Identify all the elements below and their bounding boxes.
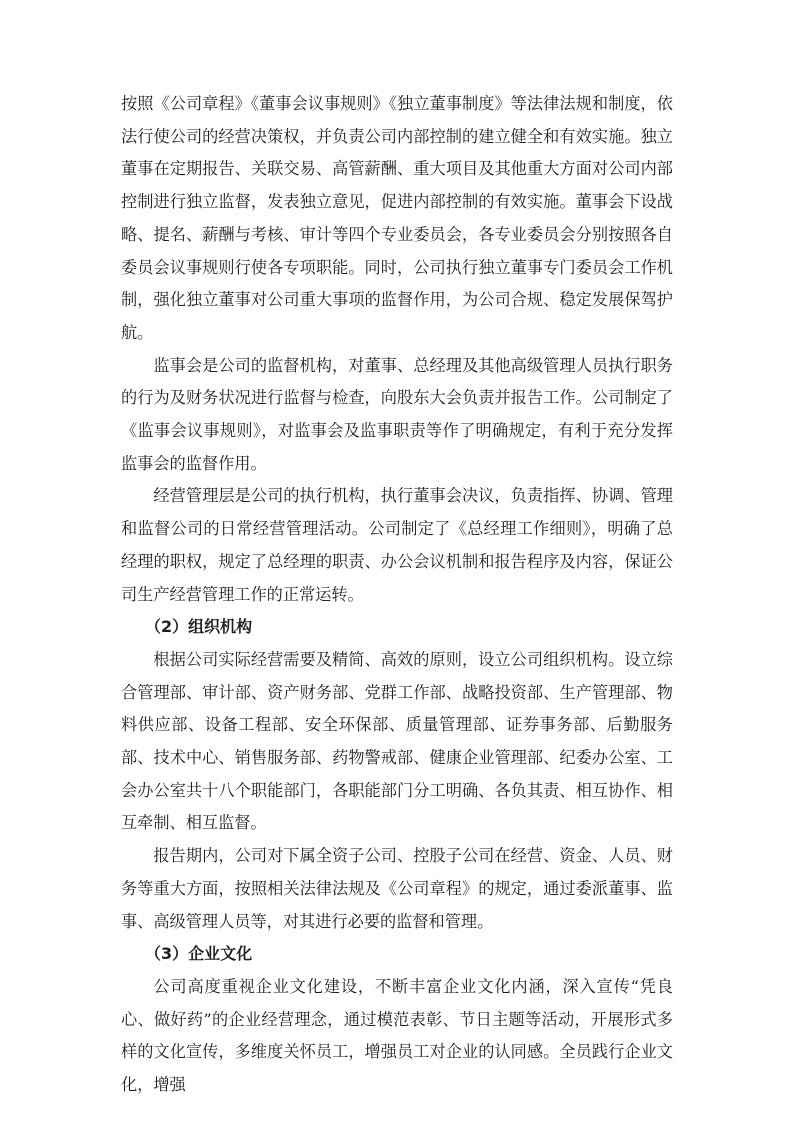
paragraph-management: 经营管理层是公司的执行机构，执行董事会决议，负责指挥、协调、管理和监督公司的日常… (121, 480, 673, 611)
paragraph-board-of-directors: 按照《公司章程》《董事会议事规则》《独立董事制度》等法律法规和制度，依法行使公司… (121, 88, 673, 350)
heading-organization-structure: （2）组织机构 (121, 611, 673, 644)
paragraph-subsidiaries: 报告期内，公司对下属全资子公司、控股子公司在经营、资金、人员、财务等重大方面，按… (121, 840, 673, 938)
heading-corporate-culture: （3）企业文化 (121, 938, 673, 971)
paragraph-supervisory-board: 监事会是公司的监督机构，对董事、总经理及其他高级管理人员执行职务的行为及财务状况… (121, 350, 673, 481)
paragraph-departments: 根据公司实际经营需要及精简、高效的原则，设立公司组织机构。设立综合管理部、审计部… (121, 644, 673, 840)
paragraph-corporate-culture: 公司高度重视企业文化建设，不断丰富企业文化内涵，深入宣传“凭良心、做好药”的企业… (121, 971, 673, 1102)
document-page: 按照《公司章程》《董事会议事规则》《独立董事制度》等法律法规和制度，依法行使公司… (121, 88, 673, 1102)
